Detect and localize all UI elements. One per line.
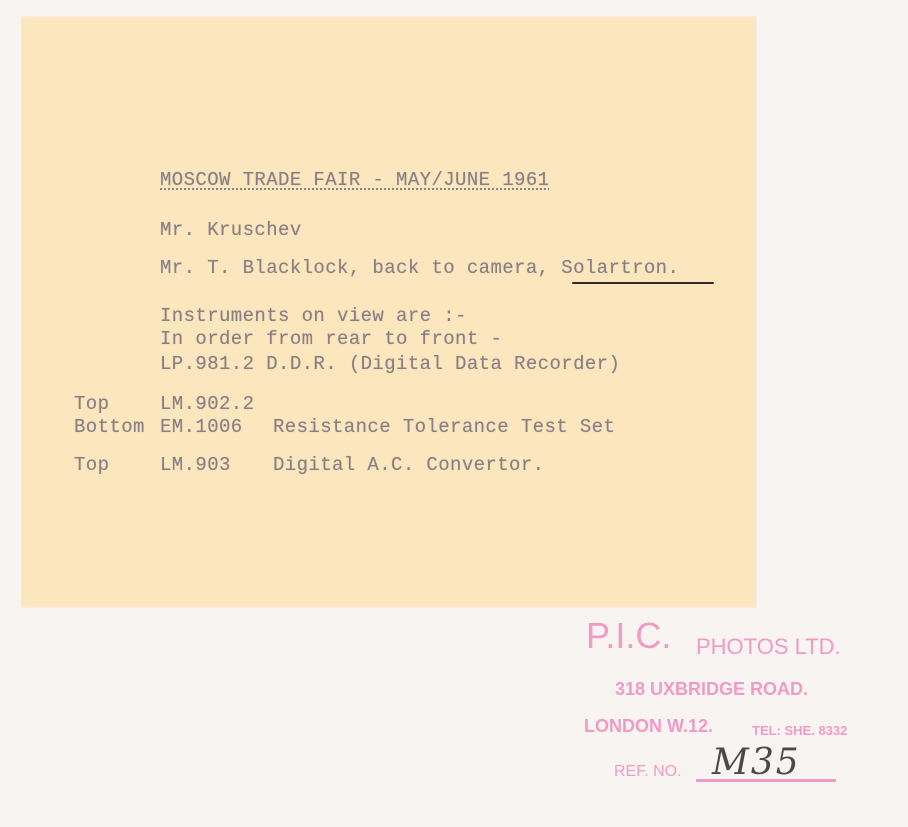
instrument-description: Digital A.C. Convertor. [273,454,544,476]
stamp-initials: P.I.C. [586,615,671,657]
caption-line-kruschev: Mr. Kruschev [160,219,302,241]
instrument-model: LM.903 [160,454,231,476]
stamp-telephone: TEL: SHE. 8332 [752,723,847,738]
caption-title: MOSCOW TRADE FAIR - MAY/JUNE 1961 [160,169,549,191]
stamp-ref-label: REF. NO. [614,763,682,781]
instrument-description: Resistance Tolerance Test Set [273,416,615,438]
caption-line-blacklock: Mr. T. Blacklock, back to camera, Solart… [160,257,679,279]
instrument-position: Bottom [74,416,145,438]
stamp-address-city: LONDON W.12. [584,716,713,737]
instrument-position: Top [74,393,109,415]
instrument-row: Top [74,393,109,415]
instrument-model: EM.1006 [160,416,243,438]
blacklock-text: Mr. T. Blacklock, back to camera, [160,257,561,279]
caption-line-ddr: LP.981.2 D.D.R. (Digital Data Recorder) [160,353,620,375]
instrument-position: Top [74,454,109,476]
pen-underline [572,282,714,284]
typed-caption-card: MOSCOW TRADE FAIR - MAY/JUNE 1961 Mr. Kr… [22,17,756,607]
stamp-address-street: 318 UXBRIDGE ROAD. [615,679,808,700]
company-solartron: Solartron. [561,257,679,279]
caption-line-instruments: Instruments on view are :- [160,305,467,327]
instrument-model: LM.902.2 [160,393,254,415]
stamp-company-name: PHOTOS LTD. [696,634,841,660]
handwritten-ref-number: M35 [712,742,801,783]
caption-line-order: In order from rear to front - [160,328,502,350]
